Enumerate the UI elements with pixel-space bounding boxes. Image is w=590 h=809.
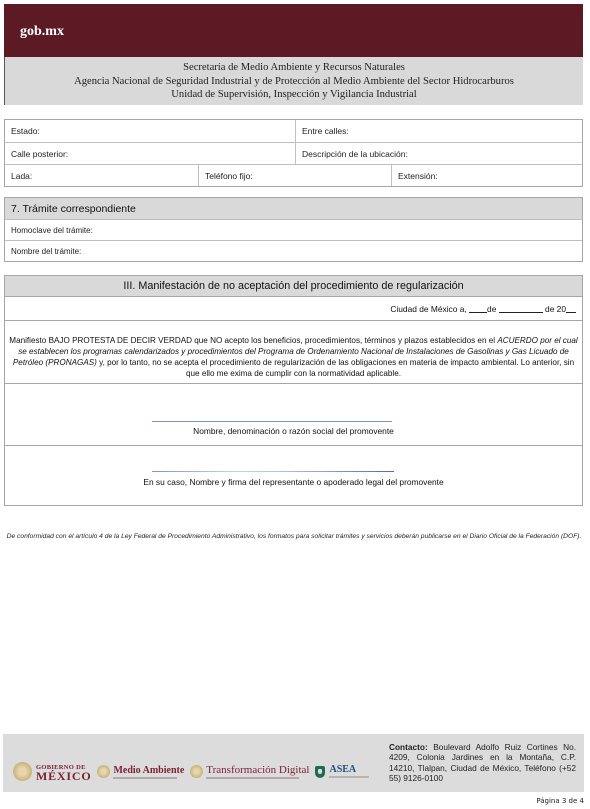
- entre-calles-field[interactable]: Entre calles:: [295, 120, 582, 142]
- representative-signature-block: En su caso, Nombre y firma del represent…: [5, 446, 582, 506]
- transformacion-digital-text: Transformación Digital: [206, 764, 309, 776]
- nombre-tramite-field[interactable]: Nombre del trámite:: [5, 241, 582, 261]
- medio-ambiente-text: Medio Ambiente: [113, 765, 184, 776]
- location-table: Estado: Entre calles: Calle posterior: D…: [4, 119, 583, 187]
- day-blank[interactable]: [469, 305, 487, 313]
- signature-line[interactable]: [152, 471, 394, 472]
- descripcion-ubicacion-field[interactable]: Descripción de la ubicación:: [295, 143, 582, 164]
- footer-logos: GOBIERNO DE MÉXICO Medio Ambiente Transf…: [13, 762, 375, 781]
- table-row: Lada: Teléfono fijo: Extensión:: [5, 164, 582, 186]
- promovente-signature-block: Nombre, denominación o razón social del …: [5, 384, 582, 446]
- agency-header: Secretaría de Medio Ambiente y Recursos …: [4, 57, 583, 105]
- contact-info: Contacto: Boulevard Adolfo Ruiz Cortines…: [389, 742, 576, 783]
- table-row: Homoclave del trámite:: [5, 219, 582, 240]
- table-row: Calle posterior: Descripción de la ubica…: [5, 142, 582, 164]
- representative-signature-label: En su caso, Nombre y firma del represent…: [5, 477, 582, 487]
- year-blank[interactable]: [566, 305, 576, 313]
- section-7-title: 7. Trámite correspondiente: [5, 198, 582, 219]
- month-blank[interactable]: [499, 305, 543, 313]
- date-line: Ciudad de México a, de de 20: [5, 297, 582, 321]
- declaration-text: Manifiesto BAJO PROTESTA DE DECIR VERDAD…: [5, 321, 582, 384]
- gob-mx-brand: gob.mx: [20, 24, 64, 40]
- date-prefix: Ciudad de México a,: [390, 304, 466, 314]
- non-acceptance-section: III. Manifestación de no aceptación del …: [4, 275, 583, 506]
- declaration-part-1: Manifiesto BAJO PROTESTA DE DECIR VERDAD…: [9, 336, 497, 345]
- telefono-fijo-field[interactable]: Teléfono fijo:: [198, 165, 391, 186]
- footer: GOBIERNO DE MÉXICO Medio Ambiente Transf…: [3, 734, 584, 792]
- lada-field[interactable]: Lada:: [5, 165, 198, 186]
- agency-line-2: Agencia Nacional de Seguridad Industrial…: [5, 75, 583, 89]
- table-row: Nombre del trámite:: [5, 240, 582, 261]
- seal-icon: [97, 765, 110, 778]
- page-number: Página 3 de 4: [536, 797, 584, 805]
- asea-logo: ASEA: [315, 765, 369, 778]
- asea-text: ASEA: [329, 764, 356, 775]
- date-de-2: de 20: [545, 304, 566, 314]
- table-row: Estado: Entre calles:: [5, 120, 582, 142]
- date-de-1: de: [487, 304, 496, 314]
- agency-line-3: Unidad de Supervisión, Inspección y Vigi…: [5, 88, 583, 102]
- agency-line-1: Secretaría de Medio Ambiente y Recursos …: [5, 61, 583, 75]
- seal-icon: [190, 765, 203, 778]
- signature-line[interactable]: [152, 421, 392, 422]
- promovente-signature-label: Nombre, denominación o razón social del …: [5, 426, 582, 436]
- homoclave-field[interactable]: Homoclave del trámite:: [5, 220, 582, 240]
- gob-banner: gob.mx: [4, 4, 583, 57]
- estado-field[interactable]: Estado:: [5, 120, 295, 142]
- extension-field[interactable]: Extensión:: [391, 165, 582, 186]
- tramite-section: 7. Trámite correspondiente Homoclave del…: [4, 197, 583, 262]
- contact-label: Contacto:: [389, 742, 428, 752]
- legal-note: De conformidad con el artículo 4 de la L…: [4, 532, 584, 541]
- transformacion-digital-logo: Transformación Digital: [190, 764, 309, 779]
- medio-ambiente-logo: Medio Ambiente: [97, 765, 184, 779]
- gobierno-mexico-logo: GOBIERNO DE MÉXICO: [13, 762, 91, 781]
- declaration-part-2: y, por lo tanto, no se acepta el procedi…: [97, 358, 574, 378]
- calle-posterior-field[interactable]: Calle posterior:: [5, 143, 295, 164]
- mexico-text: MÉXICO: [36, 772, 91, 781]
- section-iii-title: III. Manifestación de no aceptación del …: [5, 276, 582, 297]
- national-seal-icon: [13, 762, 32, 781]
- asea-shield-icon: [315, 766, 325, 778]
